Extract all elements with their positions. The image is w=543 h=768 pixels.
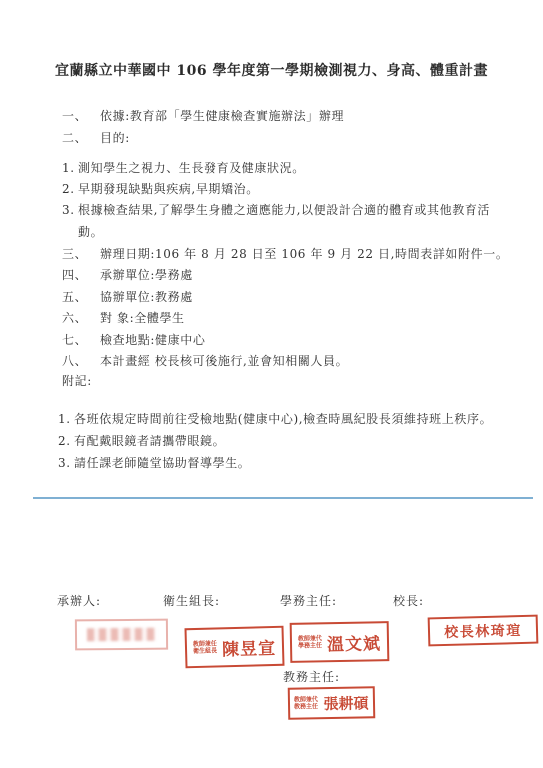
detail-text: 辦理日期:106 年 8 月 28 日至 106 年 9 月 22 日,時間表詳… bbox=[100, 244, 510, 265]
purpose-number: 3. bbox=[62, 200, 78, 242]
faded-ink-smear bbox=[87, 628, 155, 642]
note-item: 1. 各班依規定時間前往受檢地點(健康中心),檢查時風紀股長須維持班上秩序。 bbox=[58, 408, 510, 430]
detail-text: 對 象:全體學生 bbox=[100, 308, 510, 329]
purpose-item: 3. 根據檢查結果,了解學生身體之適應能力,以便設計合適的體育或其他教育活動。 bbox=[62, 200, 510, 242]
stamp-small-text: 教師兼代 教務主任 bbox=[294, 696, 318, 711]
detail-text: 承辦單位:學務處 bbox=[100, 265, 510, 286]
dean-of-studies-label: 教務主任: bbox=[283, 668, 340, 685]
detail-text: 協辦單位:教務處 bbox=[100, 287, 510, 308]
detail-row: 六、 對 象:全體學生 bbox=[62, 308, 510, 329]
detail-number: 三、 bbox=[62, 244, 100, 265]
clauses-section: 一、 依據:教育部「學生健康檢查實施辦法」辦理 二、 目的: bbox=[62, 106, 510, 149]
note-number: 3. bbox=[58, 452, 74, 474]
detail-row: 七、 檢查地點:健康中心 bbox=[62, 330, 510, 351]
organizer-label: 承辦人: bbox=[57, 592, 101, 609]
note-text: 有配戴眼鏡者請攜帶眼鏡。 bbox=[74, 430, 510, 452]
clause-number: 一、 bbox=[62, 106, 100, 128]
notes-list: 1. 各班依規定時間前往受檢地點(健康中心),檢查時風紀股長須維持班上秩序。 2… bbox=[58, 408, 510, 474]
details-section: 三、 辦理日期:106 年 8 月 28 日至 106 年 9 月 22 日,時… bbox=[62, 244, 510, 372]
dean-of-studies-stamp: 教師兼代 教務主任 張耕碩 bbox=[288, 686, 376, 720]
organizer-stamp-faded bbox=[75, 619, 168, 651]
detail-number: 八、 bbox=[62, 351, 100, 372]
detail-number: 七、 bbox=[62, 330, 100, 351]
clause-row: 二、 目的: bbox=[62, 128, 510, 150]
detail-row: 三、 辦理日期:106 年 8 月 28 日至 106 年 9 月 22 日,時… bbox=[62, 244, 510, 265]
stamp-name: 陳昱宣 bbox=[222, 633, 277, 659]
academic-affairs-director-label: 學務主任: bbox=[280, 592, 337, 609]
detail-number: 五、 bbox=[62, 287, 100, 308]
purpose-text: 早期發現缺點與疾病,早期矯治。 bbox=[78, 179, 510, 200]
purpose-item: 2. 早期發現缺點與疾病,早期矯治。 bbox=[62, 179, 510, 200]
stamp-name: 校長林琦瑄 bbox=[444, 619, 522, 641]
principal-label: 校長: bbox=[393, 592, 424, 609]
purpose-text: 測知學生之視力、生長發育及健康狀況。 bbox=[78, 158, 510, 179]
purposes-list: 1. 測知學生之視力、生長發育及健康狀況。 2. 早期發現缺點與疾病,早期矯治。… bbox=[62, 158, 510, 243]
stamp-name: 溫文斌 bbox=[327, 629, 381, 655]
note-number: 1. bbox=[58, 408, 74, 430]
stamp-small-text: 教師兼任 衛生組長 bbox=[193, 640, 217, 656]
note-text: 請任課老師隨堂協助督導學生。 bbox=[74, 452, 510, 474]
detail-row: 八、 本計畫經 校長核可後施行,並會知相關人員。 bbox=[62, 351, 510, 372]
detail-number: 六、 bbox=[62, 308, 100, 329]
document-title: 宜蘭縣立中華國中 106 學年度第一學期檢測視力、身高、體重計畫 bbox=[0, 60, 543, 80]
purpose-number: 1. bbox=[62, 158, 78, 179]
principal-stamp: 校長林琦瑄 bbox=[428, 615, 539, 647]
detail-number: 四、 bbox=[62, 265, 100, 286]
purpose-number: 2. bbox=[62, 179, 78, 200]
stamp-small-text: 教師兼代 學務主任 bbox=[298, 635, 322, 650]
detail-text: 檢查地點:健康中心 bbox=[100, 330, 510, 351]
note-text: 各班依規定時間前往受檢地點(健康中心),檢查時風紀股長須維持班上秩序。 bbox=[74, 408, 510, 430]
clause-text: 目的: bbox=[100, 128, 510, 150]
detail-row: 四、 承辦單位:學務處 bbox=[62, 265, 510, 286]
health-section-chief-stamp: 教師兼任 衛生組長 陳昱宣 bbox=[184, 626, 284, 669]
horizontal-divider-line bbox=[33, 497, 533, 499]
academic-affairs-director-stamp: 教師兼代 學務主任 溫文斌 bbox=[290, 621, 390, 663]
stamp-name: 張耕碩 bbox=[323, 692, 368, 714]
detail-text: 本計畫經 校長核可後施行,並會知相關人員。 bbox=[100, 351, 510, 372]
purpose-text: 根據檢查結果,了解學生身體之適應能力,以便設計合適的體育或其他教育活動。 bbox=[78, 200, 510, 242]
detail-row: 五、 協辦單位:教務處 bbox=[62, 287, 510, 308]
clause-text: 依據:教育部「學生健康檢查實施辦法」辦理 bbox=[100, 106, 510, 128]
health-section-chief-label: 衛生組長: bbox=[163, 592, 220, 609]
note-item: 2. 有配戴眼鏡者請攜帶眼鏡。 bbox=[58, 430, 510, 452]
note-number: 2. bbox=[58, 430, 74, 452]
notes-heading: 附記: bbox=[62, 372, 510, 389]
scanned-document-page: 宜蘭縣立中華國中 106 學年度第一學期檢測視力、身高、體重計畫 一、 依據:教… bbox=[0, 0, 543, 768]
clause-number: 二、 bbox=[62, 128, 100, 150]
clause-row: 一、 依據:教育部「學生健康檢查實施辦法」辦理 bbox=[62, 106, 510, 128]
purpose-item: 1. 測知學生之視力、生長發育及健康狀況。 bbox=[62, 158, 510, 179]
note-item: 3. 請任課老師隨堂協助督導學生。 bbox=[58, 452, 510, 474]
